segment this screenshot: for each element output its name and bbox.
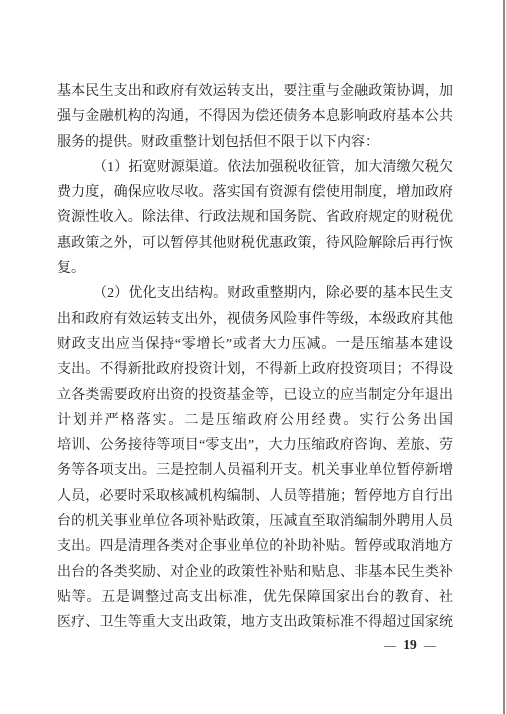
page-number-right-dash: — [424,637,436,653]
page-number-left-dash: — [384,637,396,653]
text-line: 基本民生支出和政府有效运转支出，要注重与金融政策协调，加 [57,79,453,104]
text-line: 人员，必要时采取核减机构编制、人员等措施；暂停地方自行出 [57,484,453,509]
text-line: 台的机关事业单位各项补贴政策，压减直至取消编制外聘用人员 [57,509,453,534]
scan-edge-line [503,0,505,714]
text-line: 出台的各类奖励、对企业的政策性补贴和贴息、非基本民生类补 [57,560,453,585]
text-line: 财政支出应当保持“零增长”或者大力压减。一是压缩基本建设 [57,332,453,357]
text-line: 复。 [57,256,453,281]
text-line: 计划并严格落实。二是压缩政府公用经费。实行公务出国（境）、 [57,408,453,433]
text-line: 务等各项支出。三是控制人员福利开支。机关事业单位暂停新增 [57,458,453,483]
text-line: 医疗、卫生等重大支出政策，地方支出政策标准不得超过国家统 [57,610,453,635]
text-line: 出和政府有效运转支出外，视债务风险事件等级，本级政府其他 [57,307,453,332]
page-number-value: 19 [403,637,417,653]
text-line: 支出。不得新批政府投资计划，不得新上政府投资项目；不得设 [57,357,453,382]
text-line: 费力度，确保应收尽收。落实国有资源有偿使用制度，增加政府 [57,180,453,205]
document-body: 基本民生支出和政府有效运转支出，要注重与金融政策协调，加 强与金融机构的沟通，不… [57,79,453,636]
document-page: 基本民生支出和政府有效运转支出，要注重与金融政策协调，加 强与金融机构的沟通，不… [0,0,506,714]
text-line: 立各类需要政府出资的投资基金等，已设立的应当制定分年退出 [57,383,453,408]
text-line: （1）拓宽财源渠道。依法加强税收征管，加大清缴欠税欠 [57,155,453,180]
text-line: 支出。四是清理各类对企事业单位的补助补贴。暂停或取消地方 [57,534,453,559]
text-line: 资源性收入。除法律、行政法规和国务院、省政府规定的财税优 [57,205,453,230]
text-line: 贴等。五是调整过高支出标准，优先保障国家出台的教育、社保、 [57,585,453,610]
text-line: 惠政策之外，可以暂停其他财税优惠政策，待风险解除后再行恢 [57,231,453,256]
page-number: — 19 — [384,637,436,653]
text-line: （2）优化支出结构。财政重整期内，除必要的基本民生支 [57,281,453,306]
text-line: 培训、公务接待等项目“零支出”，大力压缩政府咨询、差旅、劳 [57,433,453,458]
text-line: 强与金融机构的沟通，不得因为偿还债务本息影响政府基本公共 [57,104,453,129]
text-line: 服务的提供。财政重整计划包括但不限于以下内容： [57,130,453,155]
